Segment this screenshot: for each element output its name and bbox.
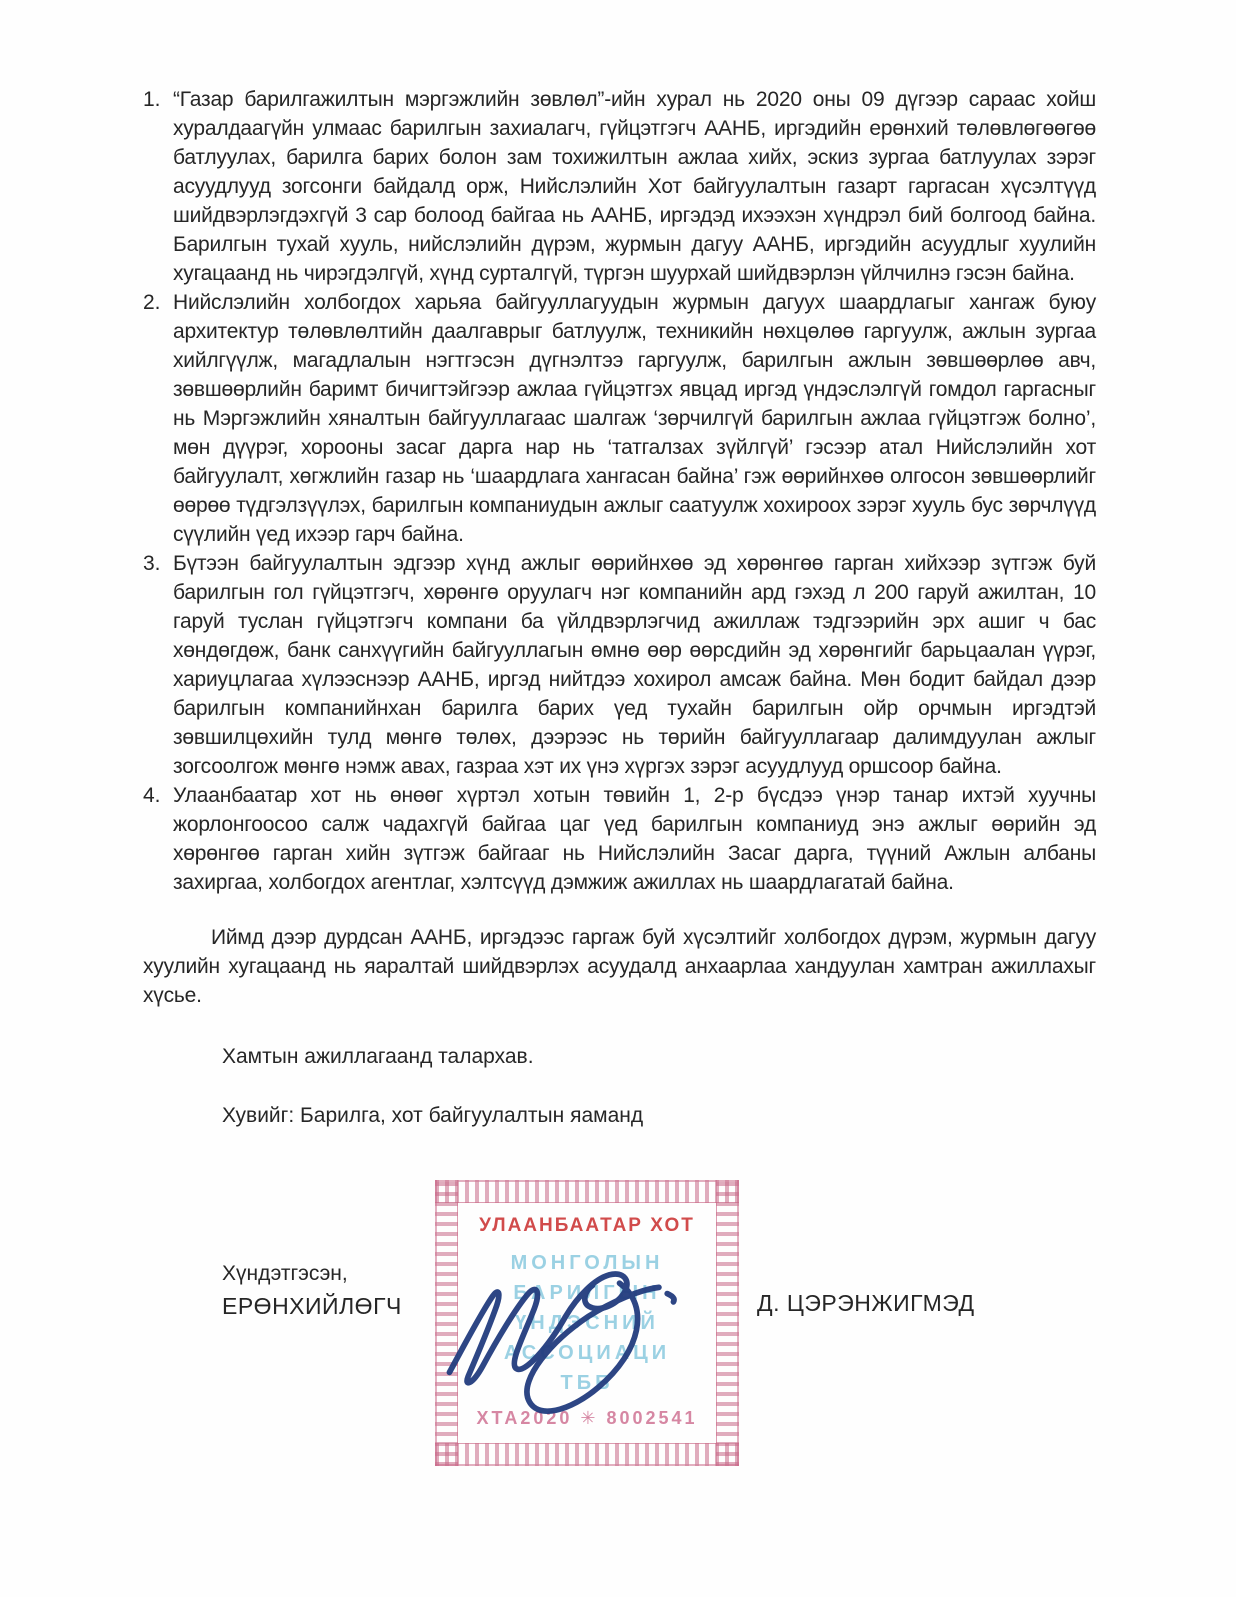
paragraph-text: Бүтээн байгуулалтын эдгээр хүнд ажлыг өө… <box>173 549 1096 781</box>
paragraph-number: 1. <box>143 85 173 288</box>
closing-paragraph: Иймд дээр дурдсан ААНБ, иргэдээс гаргаж … <box>143 923 1096 1010</box>
paragraph-text: “Газар барилгажилтын мэргэжлийн зөвлөл”-… <box>173 85 1096 288</box>
numbered-paragraph-2: 2. Нийслэлийн холбогдох харьяа байгуулла… <box>143 288 1096 549</box>
paragraph-number: 2. <box>143 288 173 549</box>
stamp-border-bottom <box>435 1443 739 1466</box>
numbered-paragraph-1: 1. “Газар барилгажилтын мэргэжлийн зөвлө… <box>143 85 1096 288</box>
paragraph-number: 3. <box>143 549 173 781</box>
signer-title: ЕРӨНХИЙЛӨГЧ <box>222 1293 402 1320</box>
paragraph-number: 4. <box>143 781 173 897</box>
stamp-border-top <box>435 1180 739 1203</box>
paragraph-text: Нийслэлийн холбогдох харьяа байгууллагуу… <box>173 288 1096 549</box>
organization-stamp: УЛААНБААТАР ХОТ МОНГОЛЫН БАРИЛГЫН ҮНДЭСН… <box>435 1180 739 1466</box>
stamp-border-right <box>716 1180 739 1466</box>
numbered-paragraph-4: 4. Улаанбаатар хот нь өнөөг хүртэл хотын… <box>143 781 1096 897</box>
letter-body: 1. “Газар барилгажилтын мэргэжлийн зөвлө… <box>143 85 1096 1510</box>
signature-block: Хүндэтгэсэн, ЕРӨНХИЙЛӨГЧ Д. ЦЭРЭНЖИГМЭД … <box>143 1180 1096 1510</box>
copy-distribution-line: Хувийг: Барилга, хот байгуулалтын яаманд <box>143 1101 1096 1130</box>
paragraph-text: Улаанбаатар хот нь өнөөг хүртэл хотын тө… <box>173 781 1096 897</box>
thanks-line: Хамтын ажиллагаанд талархав. <box>143 1042 1096 1071</box>
numbered-paragraph-3: 3. Бүтээн байгуулалтын эдгээр хүнд ажлыг… <box>143 549 1096 781</box>
signer-name: Д. ЦЭРЭНЖИГМЭД <box>757 1290 975 1317</box>
handwritten-signature-icon <box>437 1228 717 1438</box>
salutation-text: Хүндэтгэсэн, <box>222 1262 348 1286</box>
scanned-letter-page: 1. “Газар барилгажилтын мэргэжлийн зөвлө… <box>0 0 1236 1597</box>
